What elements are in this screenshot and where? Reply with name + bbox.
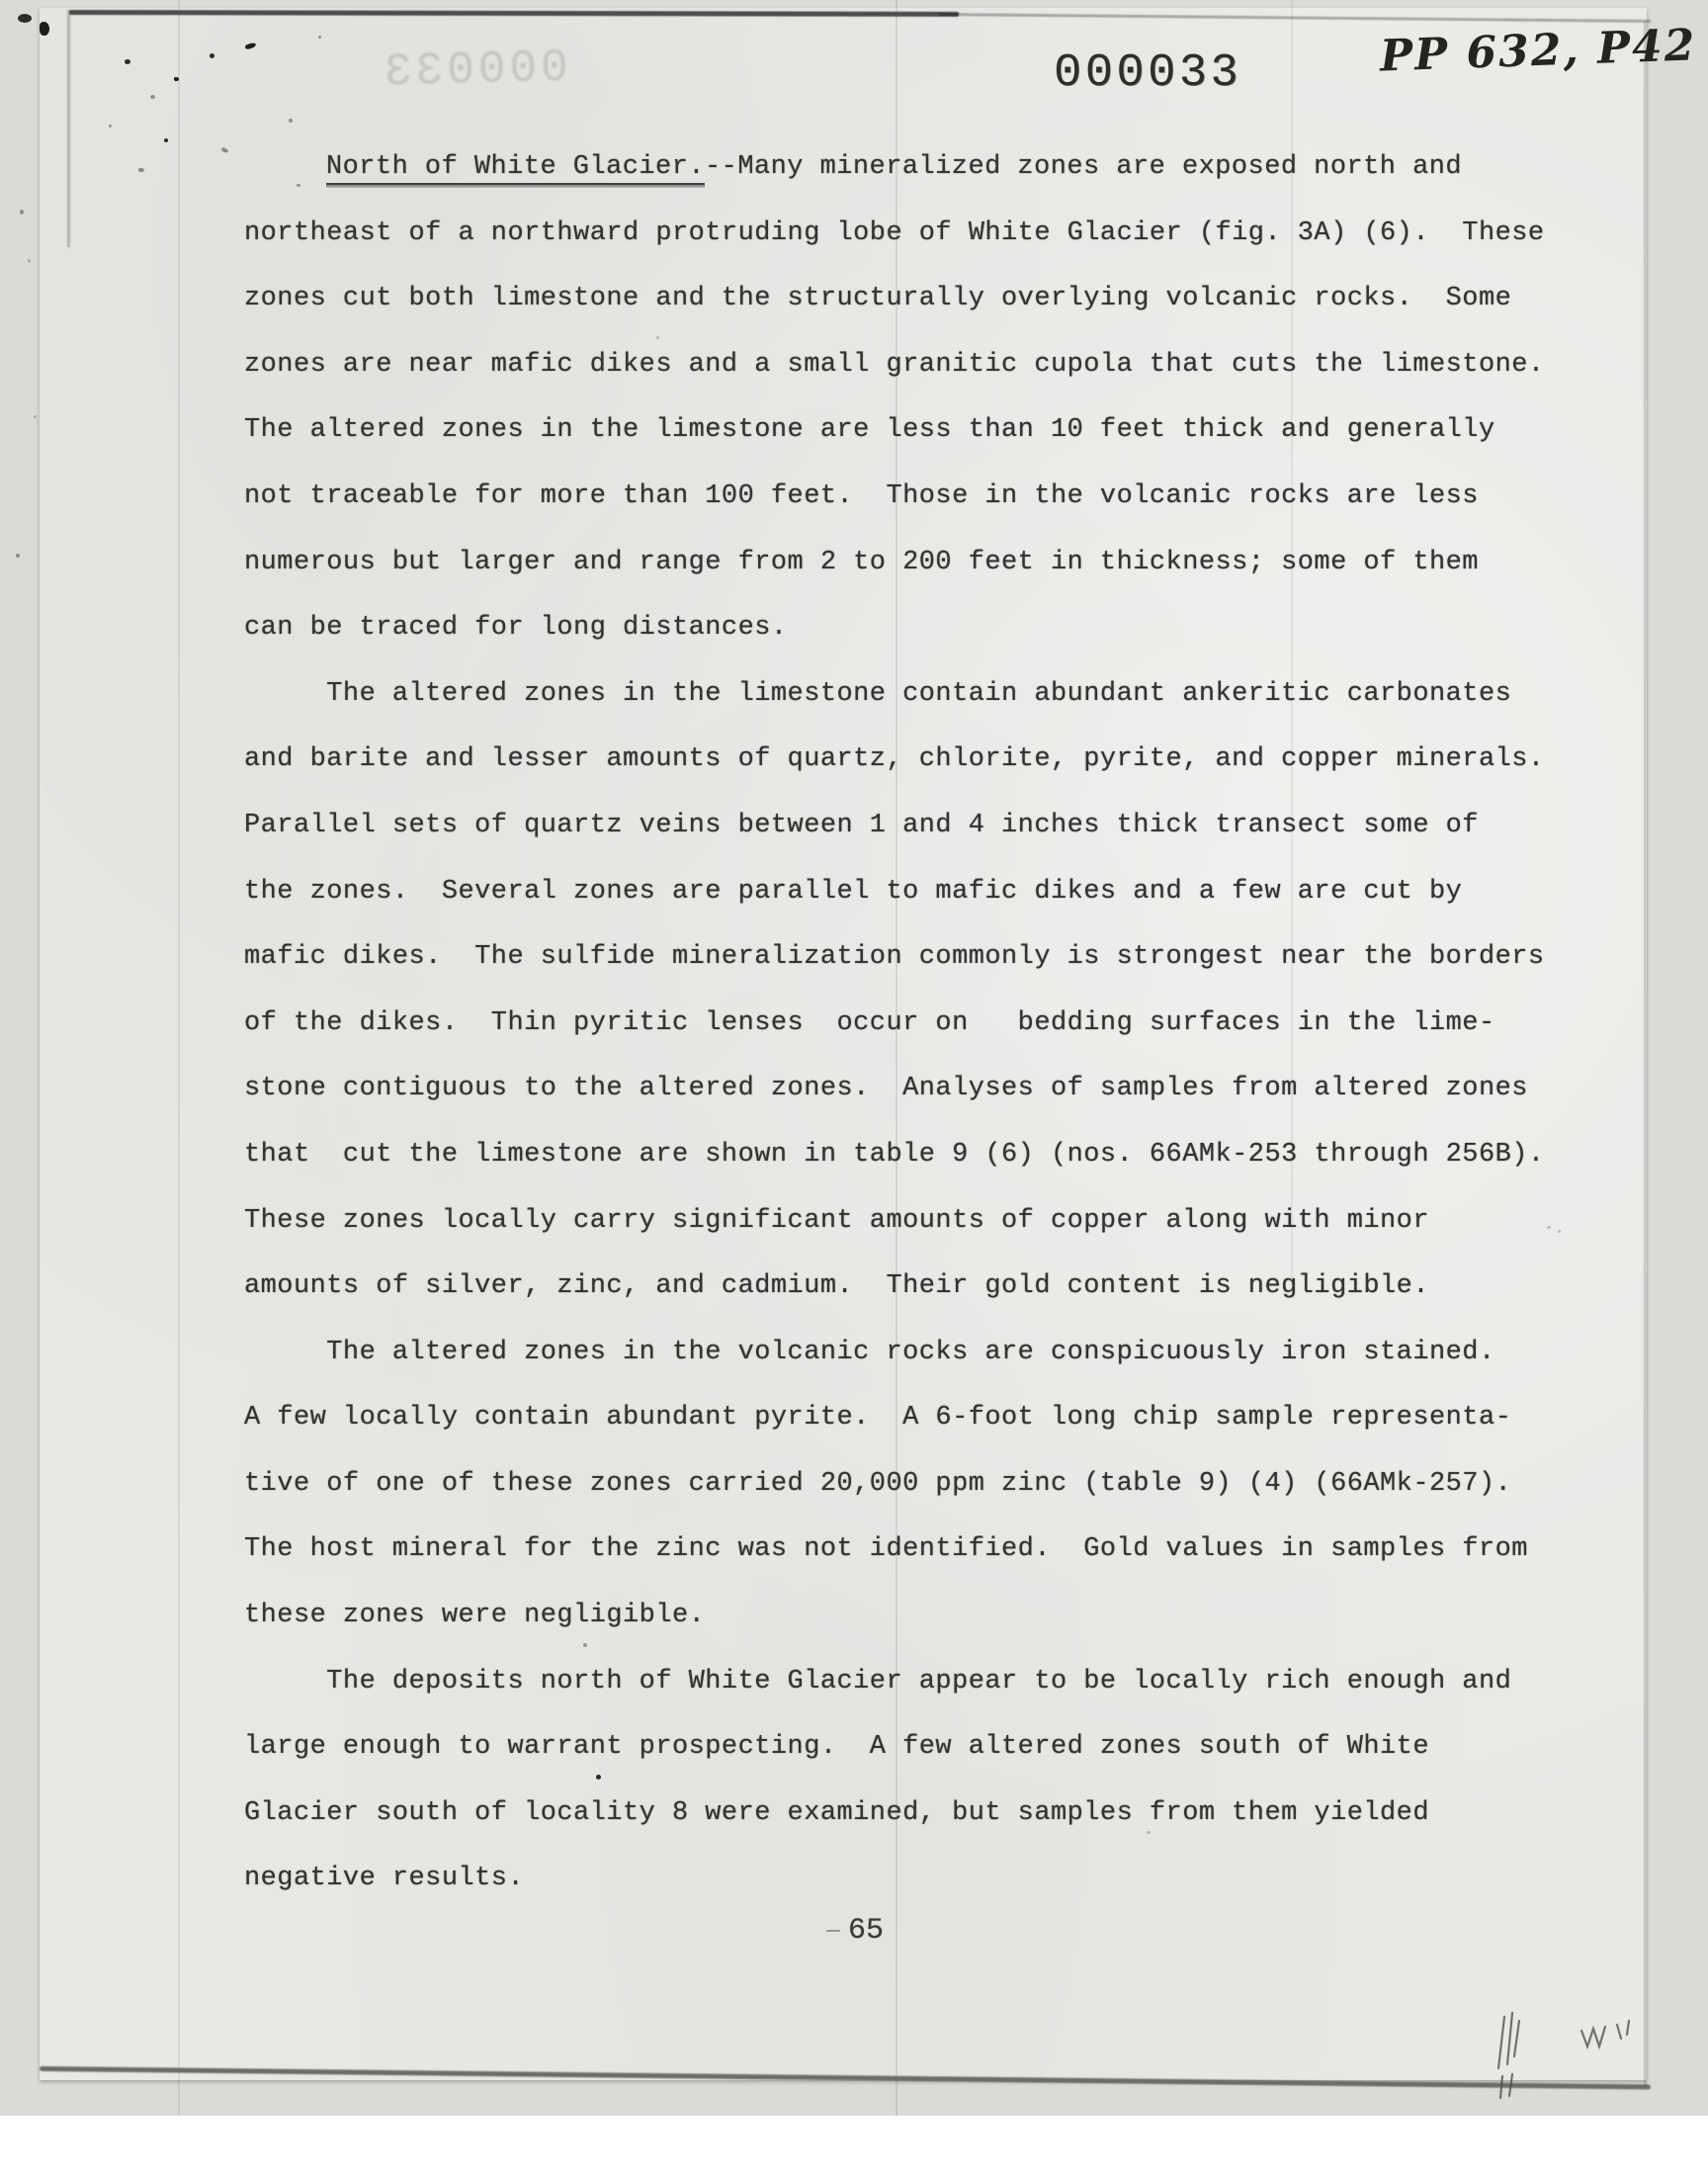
body-line: Glacier south of locality 8 were examine… xyxy=(244,1781,1618,1847)
body-line: these zones were negligible. xyxy=(244,1583,1618,1649)
body-line: The host mineral for the zinc was not id… xyxy=(244,1517,1618,1583)
body-line: amounts of silver, zinc, and cadmium. Th… xyxy=(244,1254,1618,1320)
ink-speckle xyxy=(596,1775,601,1780)
ink-speckle xyxy=(297,184,300,187)
body-line: The deposits north of White Glacier appe… xyxy=(244,1649,1618,1715)
ink-speckle xyxy=(18,14,32,23)
ink-speckle xyxy=(1547,1226,1551,1229)
ink-speckle xyxy=(34,415,37,418)
ink-speckle xyxy=(164,138,168,142)
body-line: stone contiguous to the altered zones. A… xyxy=(244,1056,1618,1122)
body-line: zones are near mafic dikes and a small g… xyxy=(244,332,1618,398)
body-line: and barite and lesser amounts of quartz,… xyxy=(244,727,1618,793)
ink-speckle xyxy=(210,53,214,58)
body-line: can be traced for long distances. xyxy=(244,595,1618,661)
ink-speckle xyxy=(28,259,31,263)
body-line: zones cut both limestone and the structu… xyxy=(244,266,1618,332)
body-line: A few locally contain abundant pyrite. A… xyxy=(244,1385,1618,1451)
paper-left-edge xyxy=(67,10,70,247)
ink-speckle xyxy=(289,119,293,123)
body-line: of the dikes. Thin pyritic lenses occur … xyxy=(244,991,1618,1057)
body-line: Parallel sets of quartz veins between 1 … xyxy=(244,793,1618,859)
body-line: The altered zones in the limestone conta… xyxy=(244,661,1618,728)
body-line: the zones. Several zones are parallel to… xyxy=(244,859,1618,925)
pencil-scribble xyxy=(1578,2017,1637,2081)
section-heading-rest: --Many mineralized zones are exposed nor… xyxy=(705,152,1462,182)
ink-speckle xyxy=(109,125,112,128)
typewritten-text: North of White Glacier.--Many mineralize… xyxy=(244,134,1618,1912)
page-number: 65 xyxy=(848,1914,884,1948)
body-line: not traceable for more than 100 feet. Th… xyxy=(244,464,1618,530)
serial-number-stamp: 000033 xyxy=(1054,47,1241,100)
ink-speckle xyxy=(40,22,49,36)
scanned-document: 000033 000033 PP 632, P42 North of White… xyxy=(0,0,1708,2175)
ink-speckle xyxy=(656,336,659,339)
body-line: The altered zones in the volcanic rocks … xyxy=(244,1320,1618,1386)
ghost-stamp: 000033 xyxy=(380,43,568,99)
ink-speckle xyxy=(125,59,130,64)
ink-speckle xyxy=(20,210,24,215)
section-heading-title: North of White Glacier. xyxy=(326,152,705,185)
ink-speckle xyxy=(1558,1230,1561,1233)
ink-speckle xyxy=(174,77,179,81)
stray-dash-mark xyxy=(826,1930,840,1932)
body-line: These zones locally carry significant am… xyxy=(244,1188,1618,1255)
body-line: The altered zones in the limestone are l… xyxy=(244,397,1618,464)
paper-right-edge xyxy=(1644,22,1647,2086)
section-heading: North of White Glacier.--Many mineralize… xyxy=(244,134,1618,201)
ink-speckle xyxy=(1147,1831,1151,1834)
body-line: large enough to warrant prospecting. A f… xyxy=(244,1714,1618,1781)
ink-speckle xyxy=(138,168,144,172)
ink-speckle xyxy=(583,1643,587,1647)
ink-speckle xyxy=(150,95,155,99)
fold-line-left xyxy=(178,0,180,2116)
pencil-scribble xyxy=(1493,2007,1562,2111)
scan-background-bottom xyxy=(0,2116,1708,2175)
ink-speckle xyxy=(318,36,321,39)
body-line: numerous but larger and range from 2 to … xyxy=(244,530,1618,596)
body-line: negative results. xyxy=(244,1846,1618,1912)
body-line: tive of one of these zones carried 20,00… xyxy=(244,1451,1618,1518)
body-line: that cut the limestone are shown in tabl… xyxy=(244,1122,1618,1188)
ink-speckle xyxy=(16,554,20,558)
body-line: northeast of a northward protruding lobe… xyxy=(244,201,1618,267)
body-line: mafic dikes. The sulfide mineralization … xyxy=(244,924,1618,991)
